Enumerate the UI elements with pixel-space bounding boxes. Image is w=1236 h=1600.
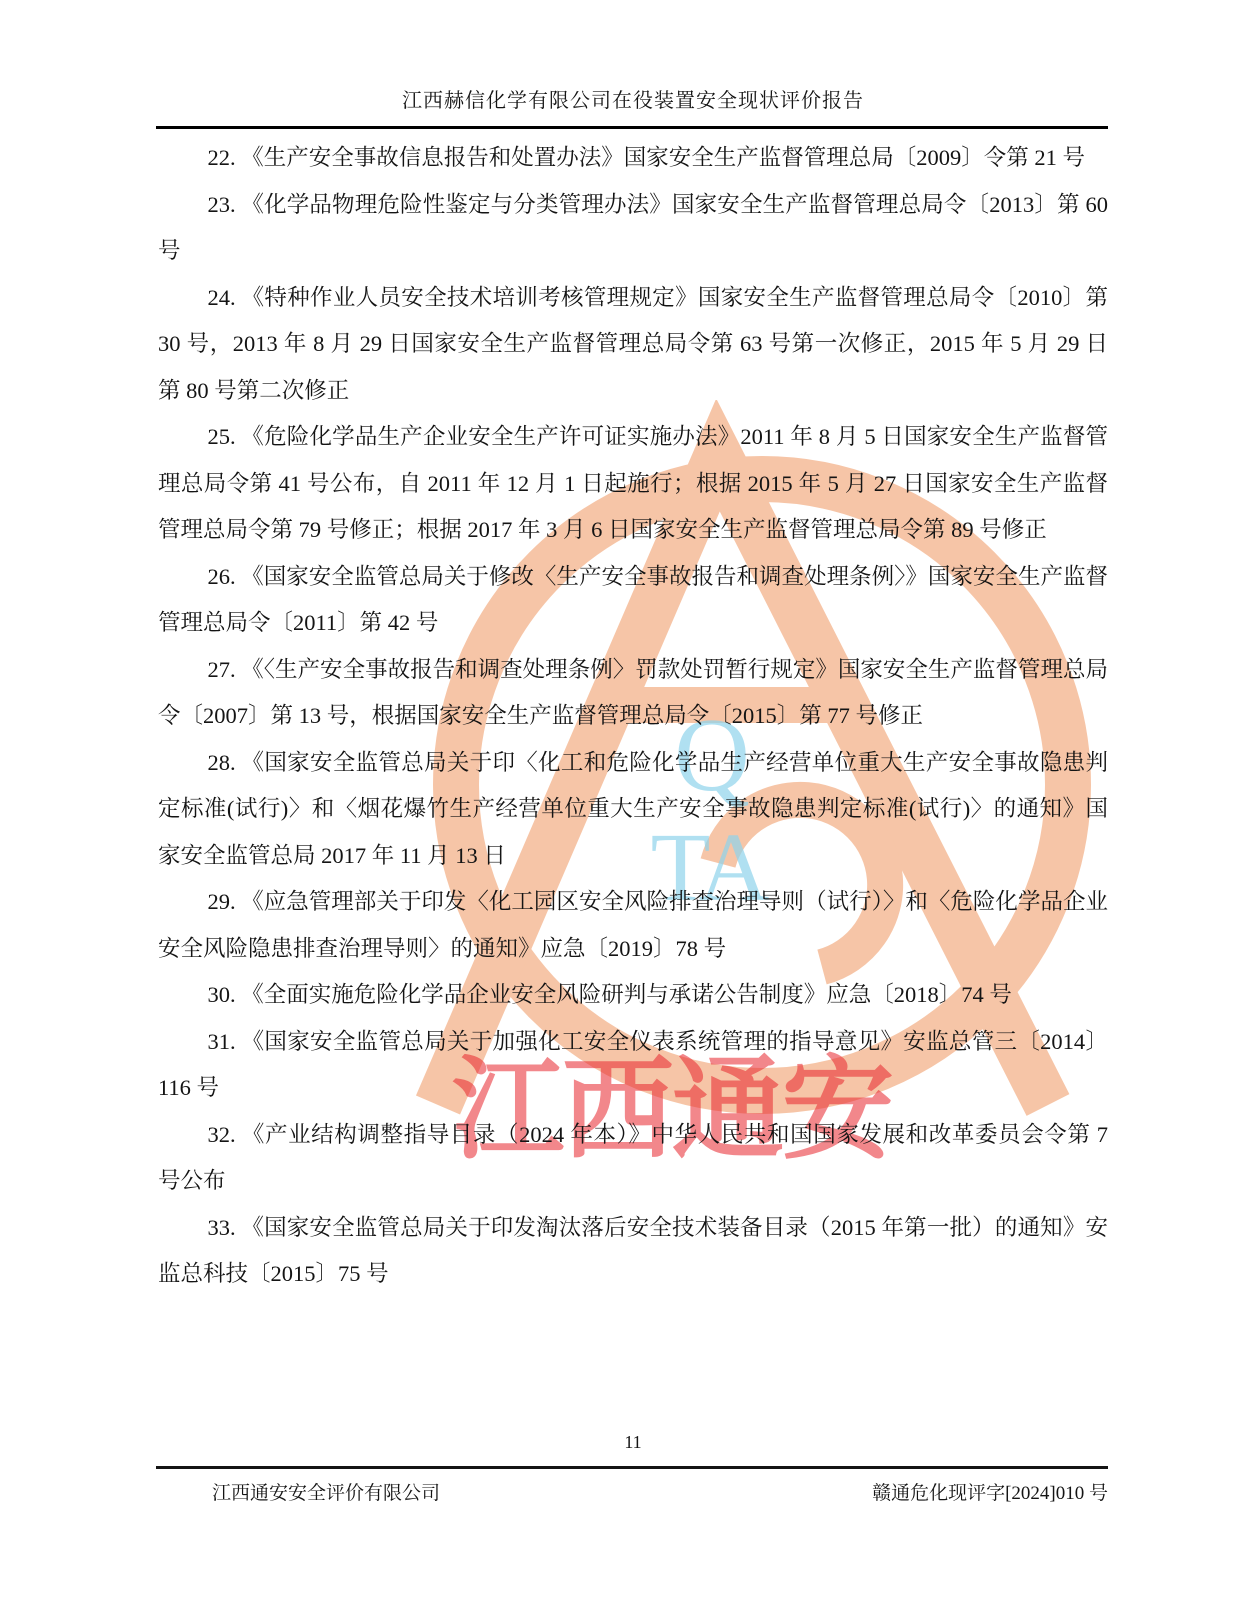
list-item: 26. 《国家安全监管总局关于修改〈生产安全事故报告和调查处理条例〉》国家安全生…: [158, 554, 1108, 647]
page-header-title: 江西赫信化学有限公司在役装置安全现状评价报告: [158, 84, 1108, 113]
list-item: 29. 《应急管理部关于印发〈化工园区安全风险排查治理导则（试行）〉和〈危险化学…: [158, 879, 1108, 972]
list-item: 32. 《产业结构调整指导目录（2024 年本）》中华人民共和国国家发展和改革委…: [158, 1112, 1108, 1205]
footer-rule: [156, 1466, 1108, 1469]
footer-company-name: 江西通安安全评价有限公司: [212, 1478, 440, 1505]
list-item: 33. 《国家安全监管总局关于印发淘汰落后安全技术装备目录（2015 年第一批）…: [158, 1205, 1108, 1298]
list-item: 27. 《〈生产安全事故报告和调查处理条例〉罚款处罚暂行规定》国家安全生产监督管…: [158, 647, 1108, 740]
list-item: 25. 《危险化学品生产企业安全生产许可证实施办法》2011 年 8 月 5 日…: [158, 414, 1108, 554]
list-item: 22. 《生产安全事故信息报告和处置办法》国家安全生产监督管理总局〔2009〕令…: [158, 135, 1108, 182]
page-number: 11: [158, 1432, 1108, 1453]
header-rule: [156, 126, 1108, 129]
footer-document-number: 赣通危化现评字[2024]010 号: [872, 1478, 1108, 1505]
list-item: 24. 《特种作业人员安全技术培训考核管理规定》国家安全生产监督管理总局令〔20…: [158, 275, 1108, 415]
regulation-list: 22. 《生产安全事故信息报告和处置办法》国家安全生产监督管理总局〔2009〕令…: [158, 135, 1108, 1298]
list-item: 31. 《国家安全监管总局关于加强化工安全仪表系统管理的指导意见》安监总管三〔2…: [158, 1019, 1108, 1112]
list-item: 23. 《化学品物理危险性鉴定与分类管理办法》国家安全生产监督管理总局令〔201…: [158, 182, 1108, 275]
list-item: 28. 《国家安全监管总局关于印〈化工和危险化学品生产经营单位重大生产安全事故隐…: [158, 740, 1108, 880]
list-item: 30. 《全面实施危险化学品企业安全风险研判与承诺公告制度》应急〔2018〕74…: [158, 972, 1108, 1019]
document-page: Q TA 江西通安 江西赫信化学有限公司在役装置安全现状评价报告 22. 《生产…: [0, 0, 1236, 1600]
